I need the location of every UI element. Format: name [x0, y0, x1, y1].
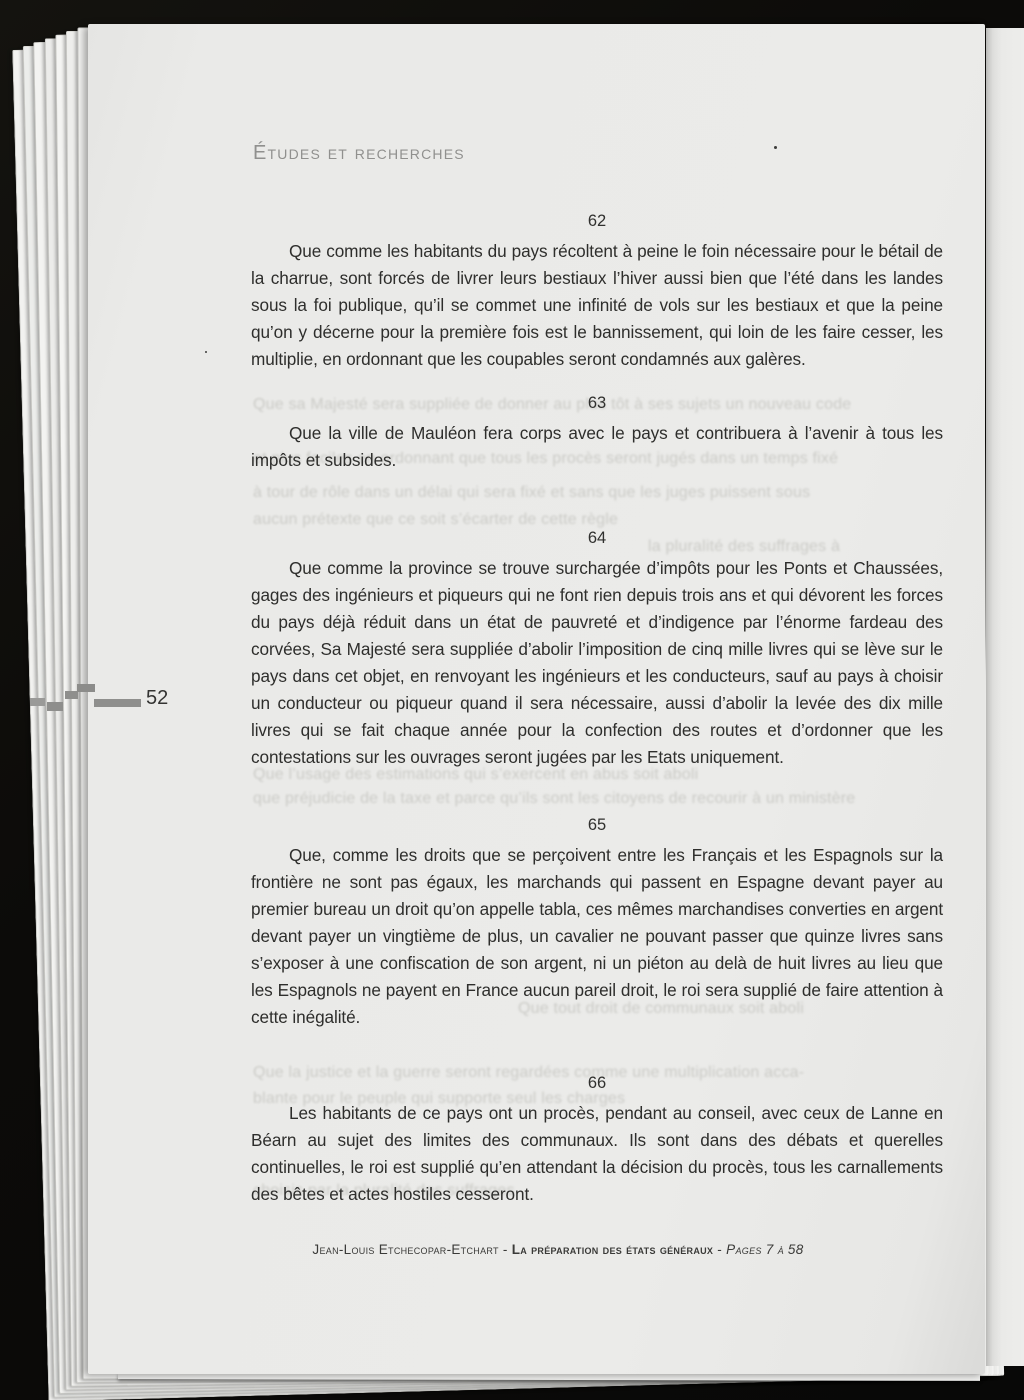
section-text: Que comme la province se trouve surcharg… — [251, 555, 943, 771]
print-speck — [774, 146, 777, 149]
section-65: 65 Que, comme les droits que se perçoive… — [251, 816, 943, 1031]
section-62: 62 Que comme les habitants du pays récol… — [251, 212, 943, 373]
edge-tab-mark — [65, 691, 78, 699]
edge-tab-mark — [77, 684, 95, 692]
bleedthrough-line: que préjudicie de la taxe et parce qu’il… — [253, 790, 941, 808]
margin-page-number: 52 — [146, 687, 168, 710]
section-63: 63 Que la ville de Mauléon fera corps av… — [251, 394, 943, 474]
section-text: Que la ville de Mauléon fera corps avec … — [251, 420, 943, 474]
section-number: 62 — [251, 212, 943, 231]
section-number: 65 — [251, 816, 943, 835]
book-photo: { "document": { "header": "Études et rec… — [0, 0, 1024, 1400]
print-speck — [205, 351, 207, 353]
edge-tab-mark — [30, 698, 45, 706]
section-text: Que comme les habitants du pays récolten… — [251, 238, 943, 373]
footer-pages: Pages 7 à 58 — [726, 1242, 803, 1257]
edge-tab-mark-current — [94, 699, 141, 707]
running-head: Études et recherches — [253, 142, 465, 165]
section-64: 64 Que comme la province se trouve surch… — [251, 529, 943, 771]
scanned-page: Que sa Majesté sera suppliée de donner a… — [88, 24, 985, 1374]
footer-separator: - — [717, 1242, 726, 1257]
section-66: 66 Les habitants de ce pays ont un procè… — [251, 1074, 943, 1208]
edge-tab-mark — [47, 702, 63, 711]
bleedthrough-line: à tour de rôle dans un délai qui sera fi… — [253, 484, 941, 502]
section-number: 66 — [251, 1074, 943, 1093]
section-text: Les habitants de ce pays ont un procès, … — [251, 1100, 943, 1208]
footer-author: Jean-Louis Etchecopar-Etchart — [312, 1242, 498, 1257]
section-text: Que, comme les droits que se perçoivent … — [251, 842, 943, 1031]
bleedthrough-line: aucun prétexte que ce soit s’écarter de … — [253, 511, 683, 529]
facing-page-gutter — [986, 28, 1024, 1366]
section-number: 63 — [251, 394, 943, 413]
footer-article-title: La préparation des états généraux — [512, 1242, 714, 1257]
page-footer: Jean-Louis Etchecopar-Etchart - La prépa… — [148, 1242, 968, 1257]
section-number: 64 — [251, 529, 943, 548]
footer-separator: - — [503, 1242, 512, 1257]
